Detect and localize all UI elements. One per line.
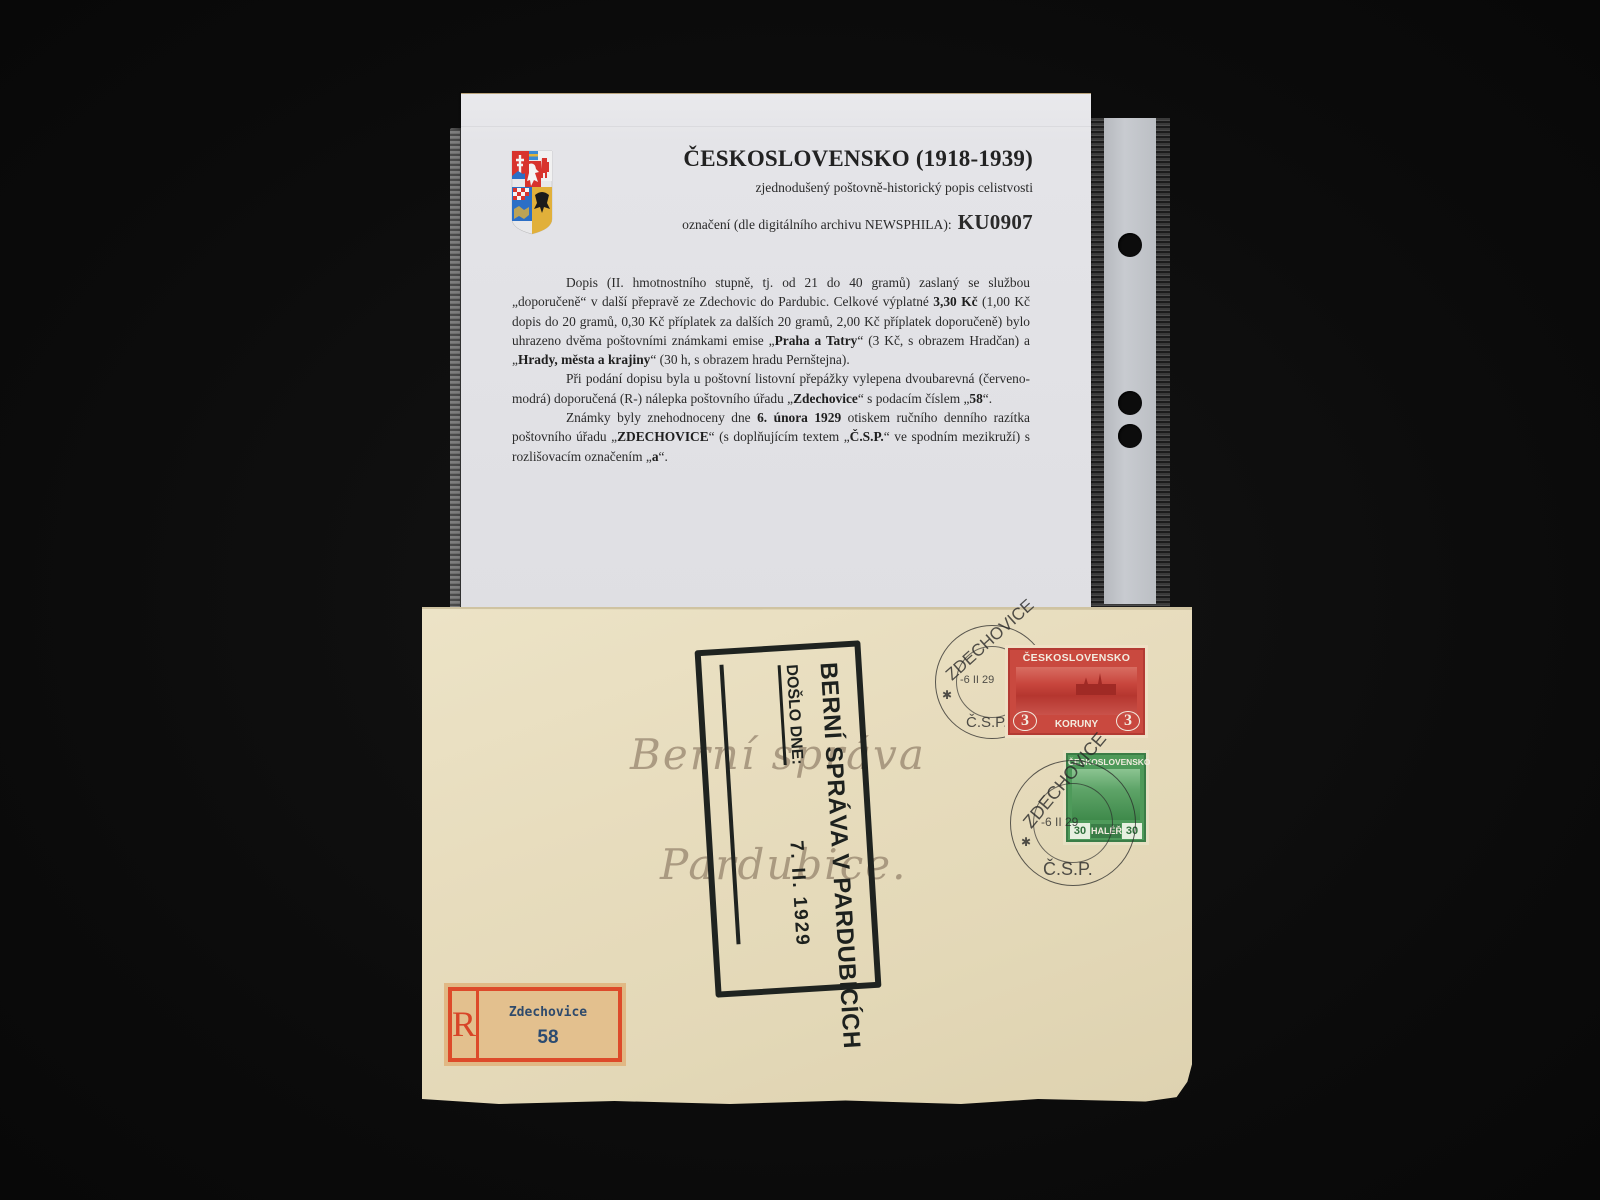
postmark-bottom-text: Č.S.P. (1043, 859, 1093, 880)
receipt-stamp-date: 7. II. 1929 (784, 840, 812, 948)
star-icon: ✱ (1021, 835, 1031, 849)
description-sheet: ČESKOSLOVENSKO (1918-1939) zjednodušený … (461, 93, 1091, 614)
sleeve-punch-strip (1104, 118, 1156, 604)
postmark-cancellation: ZDECHOVICE -6 II 29 Č.S.P. ✱ (1010, 760, 1136, 886)
postmark-bottom-text: Č.S.P. (966, 714, 1007, 731)
postage-stamp-3-korun: ČESKOSLOVENSKO 3 KORUNY 3 (1005, 645, 1148, 738)
registration-office: Zdechovice (482, 1005, 614, 1020)
description-body: Dopis (II. hmotnostního stupně, tj. od 2… (512, 273, 1030, 466)
stamp-country: ČESKOSLOVENSKO (1010, 652, 1143, 664)
reference-line: označení (dle digitálního archivu NEWSPH… (682, 210, 1033, 235)
punch-hole-icon (1118, 424, 1142, 448)
sleeve-top-edge (461, 126, 1091, 127)
receipt-stamp-label: DOŠLO DNE: (778, 664, 806, 766)
punch-hole-icon (1118, 391, 1142, 415)
tax-office-receipt-stamp: BERNÍ SPRÁVA V PARDUBICÍCH DOŠLO DNE: 7.… (695, 640, 882, 997)
sheet-subtitle: zjednodušený poštovně-historický popis c… (755, 180, 1033, 196)
postmark-date: -6 II 29 (1041, 815, 1078, 829)
castle-icon (1076, 673, 1116, 695)
stamp-face: ČESKOSLOVENSKO 3 KORUNY 3 (1008, 648, 1145, 735)
registration-label: R Zdechovice 58 (444, 983, 626, 1066)
description-paragraph: Při podání dopisu byla u poštovní listov… (512, 369, 1030, 408)
stamp-value-right: 3 (1116, 711, 1140, 731)
star-icon: ✱ (942, 688, 952, 702)
stamp-border-line (719, 665, 740, 945)
sleeve-edge (450, 130, 460, 608)
registration-number: 58 (482, 1027, 614, 1049)
hradcany-scene (1016, 667, 1137, 715)
sheet-title: ČESKOSLOVENSKO (1918-1939) (683, 146, 1033, 172)
reference-code: KU0907 (958, 210, 1033, 234)
postmark-date: -6 II 29 (960, 674, 994, 686)
registration-frame: R Zdechovice 58 (448, 987, 622, 1062)
description-paragraph: Známky byly znehodnoceny dne 6. února 19… (512, 408, 1030, 466)
registration-letter: R (452, 991, 479, 1058)
receipt-stamp-office: BERNÍ SPRÁVA V PARDUBICÍCH (814, 661, 860, 962)
description-paragraph: Dopis (II. hmotnostního stupně, tj. od 2… (512, 273, 1030, 369)
punch-hole-icon (1118, 233, 1142, 257)
reference-label: označení (dle digitálního archivu NEWSPH… (682, 217, 952, 232)
coat-of-arms-icon (511, 149, 553, 235)
